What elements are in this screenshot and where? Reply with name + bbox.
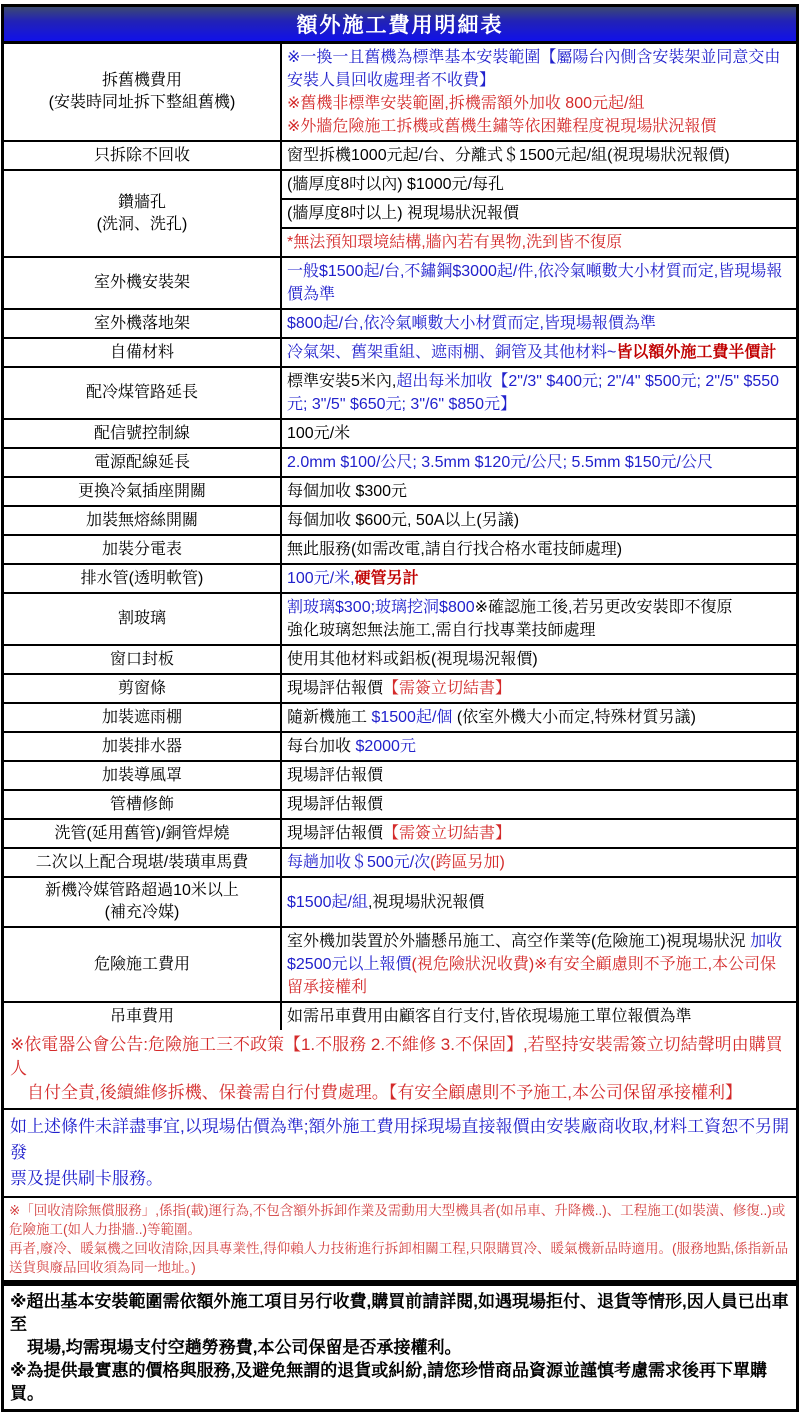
row-content: 隨新機施工 $1500起/個 (依室外機大小而定,特殊材質另議): [282, 704, 796, 731]
footer-warning-note: ※超出基本安裝範圍需依額外施工項目另行收費,購買前請詳閱,如遇現場拒付、退貨等情…: [4, 1282, 796, 1409]
cell-text: 100元/米: [282, 420, 796, 447]
text-segment: 皆以額外施工費半價計: [616, 344, 776, 361]
table-row: 割玻璃割玻璃$300;玻璃挖洞$800※確認施工後,若另更改安裝即不復原 強化玻…: [4, 594, 796, 646]
row-content: 每趟加收＄500元/次(跨區另加): [282, 849, 796, 876]
cell-text: $800起/台,依冷氣噸數大小材質而定,皆現場報價為準: [282, 310, 796, 337]
cell-text: 現場評估報價: [282, 762, 796, 789]
cell-text: 窗型拆機1000元起/台、分離式＄1500元起/組(視現場狀況報價): [282, 142, 796, 169]
row-content: 一般$1500起/台,不鏽鋼$3000起/件,依冷氣噸數大小材質而定,皆現場報價…: [282, 258, 796, 308]
cell-text: 現場評估報價【需簽立切結書】: [282, 820, 796, 847]
table-row: 二次以上配合現堪/裝璜車馬費每趟加收＄500元/次(跨區另加): [4, 849, 796, 878]
table-row: 電源配線延長2.0mm $100/公尺; 3.5mm $120元/公尺; 5.5…: [4, 449, 796, 478]
row-label: 洗管(延用舊管)/銅管焊燒: [4, 820, 282, 847]
row-content: 窗型拆機1000元起/台、分離式＄1500元起/組(視現場狀況報價): [282, 142, 796, 169]
row-label: 新機冷媒管路超過10米以上 (補充冷媒): [4, 878, 282, 926]
text-segment: 隨新機施工: [287, 709, 371, 726]
table-row: 排水管(透明軟管)100元/米,硬管另計: [4, 565, 796, 594]
text-segment: 每台加收: [287, 738, 355, 755]
table-row: 剪窗條現場評估報價【需簽立切結書】: [4, 675, 796, 704]
text-segment: *無法預知環境結構,牆內若有異物,洗到皆不復原: [287, 234, 622, 251]
fee-table-body: 拆舊機費用 (安裝時同址拆下整組舊機)※一換一且舊機為標準基本安裝範圍【屬陽台內…: [4, 44, 796, 1030]
text-segment: 現場評估報價: [287, 796, 383, 813]
cell-text: 冷氣架、舊架重組、遮雨棚、銅管及其他材料~皆以額外施工費半價計: [282, 339, 796, 366]
table-row: 窗口封板使用其他材料或鋁板(視現場況報價): [4, 646, 796, 675]
cell-text: 一般$1500起/台,不鏽鋼$3000起/件,依冷氣噸數大小材質而定,皆現場報價…: [282, 258, 796, 308]
footer-recycle-note: ※「回收清除無償服務」,係指(載)運行為,不包含額外拆卸作業及需動用大型機具者(…: [4, 1198, 796, 1282]
text-segment: ※外牆危險施工拆機或舊機生鏽等依困難程度視現場狀況報價: [287, 118, 716, 135]
text-segment: 硬管另計: [355, 570, 419, 587]
row-label: 加裝遮雨棚: [4, 704, 282, 731]
table-row: 室外機安裝架一般$1500起/台,不鏽鋼$3000起/件,依冷氣噸數大小材質而定…: [4, 258, 796, 310]
row-label: 配冷煤管路延長: [4, 368, 282, 418]
text-segment: (跨區另加): [430, 854, 505, 871]
cell-text: 如需吊車費用由顧客自行支付,皆依現場施工單位報價為準: [282, 1003, 796, 1030]
row-label: 加裝導風罩: [4, 762, 282, 789]
text-segment: 窗型拆機1000元起/台、分離式＄1500元起/組(視現場狀況報價): [287, 147, 730, 164]
cell-text: 2.0mm $100/公尺; 3.5mm $120元/公尺; 5.5mm $15…: [282, 449, 796, 476]
row-label: 加裝無熔絲開關: [4, 507, 282, 534]
row-content: 割玻璃$300;玻璃挖洞$800※確認施工後,若另更改安裝即不復原 強化玻璃恕無…: [282, 594, 796, 644]
cell-text: 每個加收 $600元, 50A以上(另議): [282, 507, 796, 534]
table-row: 加裝遮雨棚隨新機施工 $1500起/個 (依室外機大小而定,特殊材質另議): [4, 704, 796, 733]
table-row: 拆舊機費用 (安裝時同址拆下整組舊機)※一換一且舊機為標準基本安裝範圍【屬陽台內…: [4, 44, 796, 142]
row-content: 現場評估報價: [282, 791, 796, 818]
table-row: 更換冷氣插座開關每個加收 $300元: [4, 478, 796, 507]
table-row: 配冷煤管路延長標準安裝5米內,超出每米加收【2"/3" $400元; 2"/4"…: [4, 368, 796, 420]
text-segment: (牆厚度8吋以內) $1000元/每孔: [287, 176, 504, 193]
row-content: 每個加收 $300元: [282, 478, 796, 505]
row-content: 無此服務(如需改電,請自行找合格水電技師處理): [282, 536, 796, 563]
footer-pricing-note: 如上述條件未詳盡事宜,以現場估價為準;額外施工費用採現場直接報價由安裝廠商收取,…: [4, 1110, 796, 1198]
row-content: 現場評估報價: [282, 762, 796, 789]
text-segment: 冷氣架、舊架重組、遮雨棚、銅管及其他材料~: [287, 344, 616, 361]
table-row: 自備材料冷氣架、舊架重組、遮雨棚、銅管及其他材料~皆以額外施工費半價計: [4, 339, 796, 368]
cell-text: 使用其他材料或鋁板(視現場況報價): [282, 646, 796, 673]
text-segment: $2000元: [355, 738, 416, 755]
row-content: 如需吊車費用由顧客自行支付,皆依現場施工單位報價為準: [282, 1003, 796, 1030]
cell-text: 隨新機施工 $1500起/個 (依室外機大小而定,特殊材質另議): [282, 704, 796, 731]
sheet-title-bar: 額外施工費用明細表: [4, 7, 796, 44]
row-content: 每台加收 $2000元: [282, 733, 796, 760]
text-segment: ,視現場狀況報價: [368, 894, 484, 911]
row-label: 拆舊機費用 (安裝時同址拆下整組舊機): [4, 44, 282, 140]
row-label: 室外機落地架: [4, 310, 282, 337]
row-label: 二次以上配合現堪/裝璜車馬費: [4, 849, 282, 876]
sheet-title: 額外施工費用明細表: [297, 9, 504, 39]
cell-text: 現場評估報價【需簽立切結書】: [282, 675, 796, 702]
text-segment: 現場評估報價: [287, 680, 383, 697]
table-row: 加裝無熔絲開關每個加收 $600元, 50A以上(另議): [4, 507, 796, 536]
table-row: 危險施工費用室外機加裝置於外牆懸吊施工、高空作業等(危險施工)視現場狀況 加收$…: [4, 928, 796, 1003]
cell-text: 室外機加裝置於外牆懸吊施工、高空作業等(危險施工)視現場狀況 加收$2500元以…: [282, 928, 796, 1001]
row-content: $800起/台,依冷氣噸數大小材質而定,皆現場報價為準: [282, 310, 796, 337]
cell-text: 割玻璃$300;玻璃挖洞$800※確認施工後,若另更改安裝即不復原 強化玻璃恕無…: [282, 594, 796, 644]
row-label: 吊車費用: [4, 1003, 282, 1030]
text-segment: ※一換一且舊機為標準基本安裝範圍【屬陽台內側含安裝架並同意交由安裝人員回收處理者…: [287, 49, 780, 89]
row-label: 加裝排水器: [4, 733, 282, 760]
row-content: ※一換一且舊機為標準基本安裝範圍【屬陽台內側含安裝架並同意交由安裝人員回收處理者…: [282, 44, 796, 140]
row-label: 配信號控制線: [4, 420, 282, 447]
text-segment: 每趟加收＄500元/次: [287, 854, 430, 871]
row-content: 現場評估報價【需簽立切結書】: [282, 675, 796, 702]
table-row: 洗管(延用舊管)/銅管焊燒現場評估報價【需簽立切結書】: [4, 820, 796, 849]
row-label: 電源配線延長: [4, 449, 282, 476]
row-label: 危險施工費用: [4, 928, 282, 1001]
footer-policy-note: ※依電器公會公告:危險施工三不政策【1.不服務 2.不維修 3.不保固】,若堅持…: [4, 1030, 796, 1110]
sub-row-text: *無法預知環境結構,牆內若有異物,洗到皆不復原: [287, 231, 622, 254]
row-label: 鑽牆孔 (洗洞、洗孔): [4, 171, 282, 256]
text-segment: (依室外機大小而定,特殊材質另議): [452, 709, 696, 726]
table-row: 鑽牆孔 (洗洞、洗孔)(牆厚度8吋以內) $1000元/每孔(牆厚度8吋以上) …: [4, 171, 796, 258]
row-label: 排水管(透明軟管): [4, 565, 282, 592]
text-segment: $800起/台,依冷氣噸數大小材質而定,皆現場報價為準: [287, 315, 656, 332]
table-row: 只拆除不回收窗型拆機1000元起/台、分離式＄1500元起/組(視現場狀況報價): [4, 142, 796, 171]
text-segment: (牆厚度8吋以上) 視現場狀況報價: [287, 205, 519, 222]
text-segment: 割玻璃$300;玻璃挖洞$800: [287, 599, 475, 616]
cell-text: 每趟加收＄500元/次(跨區另加): [282, 849, 796, 876]
row-label: 只拆除不回收: [4, 142, 282, 169]
text-segment: 如需吊車費用由顧客自行支付,皆依現場施工單位報價為準: [287, 1008, 691, 1025]
table-row: 新機冷媒管路超過10米以上 (補充冷媒)$1500起/組,視現場狀況報價: [4, 878, 796, 928]
row-label: 管槽修飾: [4, 791, 282, 818]
text-segment: 2.0mm $100/公尺; 3.5mm $120元/公尺; 5.5mm $15…: [287, 454, 713, 471]
row-content: 每個加收 $600元, 50A以上(另議): [282, 507, 796, 534]
text-segment: ※舊機非標準安裝範圍,拆機需額外加收 800元起/組: [287, 95, 644, 112]
table-row: 加裝分電表無此服務(如需改電,請自行找合格水電技師處理): [4, 536, 796, 565]
cell-text: $1500起/組,視現場狀況報價: [282, 889, 796, 916]
table-row: 加裝排水器每台加收 $2000元: [4, 733, 796, 762]
text-segment: 現場評估報價: [287, 825, 383, 842]
text-segment: 【需簽立切結書】: [383, 825, 511, 842]
cell-text: 每個加收 $300元: [282, 478, 796, 505]
text-segment: 每個加收 $300元: [287, 483, 407, 500]
row-content: 室外機加裝置於外牆懸吊施工、高空作業等(危險施工)視現場狀況 加收$2500元以…: [282, 928, 796, 1001]
text-segment: 100元/米,: [287, 570, 355, 587]
row-content: 100元/米: [282, 420, 796, 447]
sub-row-cell: (牆厚度8吋以內) $1000元/每孔: [282, 171, 796, 200]
row-label: 割玻璃: [4, 594, 282, 644]
row-content: 冷氣架、舊架重組、遮雨棚、銅管及其他材料~皆以額外施工費半價計: [282, 339, 796, 366]
row-content: (牆厚度8吋以內) $1000元/每孔(牆厚度8吋以上) 視現場狀況報價*無法預…: [282, 171, 796, 256]
text-segment: 每個加收 $600元, 50A以上(另議): [287, 512, 519, 529]
text-segment: 【需簽立切結書】: [383, 680, 511, 697]
row-label: 窗口封板: [4, 646, 282, 673]
row-content: 100元/米,硬管另計: [282, 565, 796, 592]
sub-row-cell: *無法預知環境結構,牆內若有異物,洗到皆不復原: [282, 229, 796, 256]
table-row: 加裝導風罩現場評估報價: [4, 762, 796, 791]
row-label: 室外機安裝架: [4, 258, 282, 308]
row-content: 標準安裝5米內,超出每米加收【2"/3" $400元; 2"/4" $500元;…: [282, 368, 796, 418]
cell-text: 100元/米,硬管另計: [282, 565, 796, 592]
cell-text: 現場評估報價: [282, 791, 796, 818]
row-content: $1500起/組,視現場狀況報價: [282, 878, 796, 926]
text-segment: 無此服務(如需改電,請自行找合格水電技師處理): [287, 541, 622, 558]
cell-text: 每台加收 $2000元: [282, 733, 796, 760]
text-segment: $1500起/組: [287, 894, 368, 911]
text-segment: 100元/米: [287, 425, 350, 442]
row-content: 使用其他材料或鋁板(視現場況報價): [282, 646, 796, 673]
text-segment: 標準安裝5米內,: [287, 373, 396, 390]
row-label: 自備材料: [4, 339, 282, 366]
text-segment: 現場評估報價: [287, 767, 383, 784]
cell-text: 標準安裝5米內,超出每米加收【2"/3" $400元; 2"/4" $500元;…: [282, 368, 796, 418]
text-segment: $1500起/個: [371, 709, 452, 726]
fee-detail-sheet: 額外施工費用明細表 拆舊機費用 (安裝時同址拆下整組舊機)※一換一且舊機為標準基…: [1, 4, 799, 1412]
table-row: 室外機落地架$800起/台,依冷氣噸數大小材質而定,皆現場報價為準: [4, 310, 796, 339]
row-label: 加裝分電表: [4, 536, 282, 563]
row-label: 更換冷氣插座開關: [4, 478, 282, 505]
row-label: 剪窗條: [4, 675, 282, 702]
cell-text: 無此服務(如需改電,請自行找合格水電技師處理): [282, 536, 796, 563]
sub-row-text: (牆厚度8吋以內) $1000元/每孔: [287, 173, 504, 196]
table-row: 管槽修飾現場評估報價: [4, 791, 796, 820]
text-segment: 使用其他材料或鋁板(視現場況報價): [287, 651, 538, 668]
sub-row-text: (牆厚度8吋以上) 視現場狀況報價: [287, 202, 519, 225]
table-row: 吊車費用如需吊車費用由顧客自行支付,皆依現場施工單位報價為準: [4, 1003, 796, 1030]
row-content: 現場評估報價【需簽立切結書】: [282, 820, 796, 847]
text-segment: 一般$1500起/台,不鏽鋼$3000起/件,依冷氣噸數大小材質而定,皆現場報價…: [287, 263, 782, 303]
text-segment: 室外機加裝置於外牆懸吊施工、高空作業等(危險施工)視現場狀況: [287, 933, 750, 950]
cell-text: ※一換一且舊機為標準基本安裝範圍【屬陽台內側含安裝架並同意交由安裝人員回收處理者…: [282, 44, 796, 140]
table-row: 配信號控制線100元/米: [4, 420, 796, 449]
sub-row-cell: (牆厚度8吋以上) 視現場狀況報價: [282, 200, 796, 229]
row-content: 2.0mm $100/公尺; 3.5mm $120元/公尺; 5.5mm $15…: [282, 449, 796, 476]
